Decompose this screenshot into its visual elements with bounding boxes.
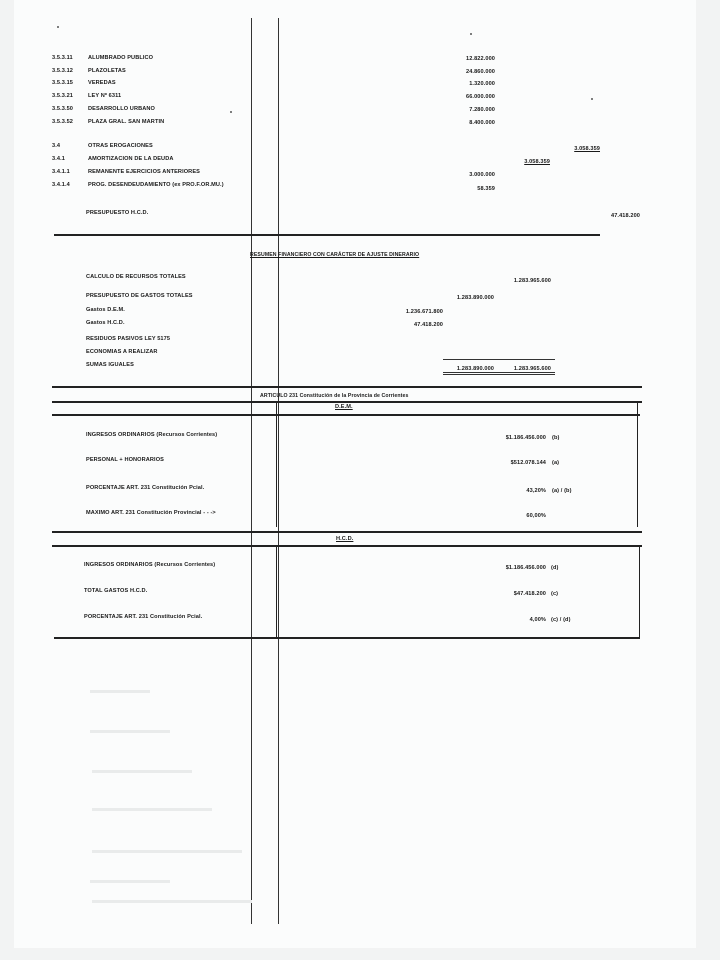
hcd-value: $1.186.456.000 xyxy=(480,565,546,571)
speck xyxy=(591,98,593,100)
dem-label: PORCENTAJE ART. 231 Constitución Pcial. xyxy=(86,485,204,491)
resumen-label: SUMAS IGUALES xyxy=(86,362,134,368)
resumen-label: ECONOMIAS A REALIZAR xyxy=(86,349,158,355)
item-code: 3.5.3.12 xyxy=(52,68,73,74)
speck xyxy=(470,33,472,35)
item-code: 3.5.3.50 xyxy=(52,106,73,112)
ghost-line xyxy=(92,900,252,903)
item-label: PLAZA GRAL. SAN MARTIN xyxy=(88,119,164,125)
vertical-rule-left xyxy=(251,18,252,924)
hcd-label: TOTAL GASTOS H.C.D. xyxy=(84,588,147,594)
resumen-col1: 47.418.200 xyxy=(395,322,443,328)
sum-line-top xyxy=(443,359,555,360)
item-label: REMANENTE EJERCICIOS ANTERIORES xyxy=(88,169,200,175)
speck xyxy=(230,111,232,113)
resumen-col2: 1.283.890.000 xyxy=(448,295,494,301)
item-code: 3.4.1 xyxy=(52,156,65,162)
item-amount: 8.400.000 xyxy=(450,120,495,126)
presupuesto-hcd-label: PRESUPUESTO H.C.D. xyxy=(86,210,148,216)
item-amount: 7.280.000 xyxy=(450,107,495,113)
item-amount: 3.000.000 xyxy=(465,172,495,178)
ghost-line xyxy=(90,880,170,883)
presupuesto-hcd-amount: 47.418.200 xyxy=(590,213,640,219)
hcd-box xyxy=(276,545,640,638)
sum-line-bottom-2 xyxy=(443,374,555,375)
dem-label: INGRESOS ORDINARIOS (Recursos Corrientes… xyxy=(86,432,217,438)
item-amount: 1.320.000 xyxy=(450,81,495,87)
item-label: PLAZOLETAS xyxy=(88,68,126,74)
dem-box xyxy=(276,401,638,527)
item-code: 3.4.1.4 xyxy=(52,182,70,188)
resumen-col2: 1.283.890.000 xyxy=(448,366,494,372)
hcd-note: (c) xyxy=(551,591,558,597)
hcd-label: INGRESOS ORDINARIOS (Recursos Corrientes… xyxy=(84,562,215,568)
item-label: AMORTIZACION DE LA DEUDA xyxy=(88,156,173,162)
hcd-label: PORCENTAJE ART. 231 Constitución Pcial. xyxy=(84,614,202,620)
dem-note: (a) xyxy=(552,460,559,466)
item-label: DESARROLLO URBANO xyxy=(88,106,155,112)
resumen-label: Gastos D.E.M. xyxy=(86,307,125,313)
item-amount: 58.359 xyxy=(465,186,495,192)
item-code: 3.5.3.11 xyxy=(52,55,73,61)
section-divider xyxy=(54,234,600,236)
item-code: 3.5.3.15 xyxy=(52,80,73,86)
hcd-title: H.C.D. xyxy=(336,536,353,542)
item-code: 3.5.3.21 xyxy=(52,93,73,99)
item-code: 3.4.1.1 xyxy=(52,169,70,175)
item-code: 3.4 xyxy=(52,143,60,149)
dem-note: (a) / (b) xyxy=(552,488,572,494)
ghost-line xyxy=(92,770,192,773)
item-amount: 66.000.000 xyxy=(450,94,495,100)
item-amount: 12.822.000 xyxy=(450,56,495,62)
ghost-line xyxy=(92,808,212,811)
articulo-bottom-rule xyxy=(54,637,640,639)
sum-line-bottom-1 xyxy=(443,372,555,373)
ghost-line xyxy=(90,690,150,693)
item-code: 3.5.3.52 xyxy=(52,119,73,125)
articulo-title: ARTICULO 231 Constitución de la Provinci… xyxy=(260,393,408,399)
dem-note: (b) xyxy=(552,435,559,441)
dem-value: 60,00% xyxy=(480,513,546,519)
hcd-note: (d) xyxy=(551,565,558,571)
hcd-note: (c) / (d) xyxy=(551,617,571,623)
dem-label: MAXIMO ART. 231 Constitución Provincial … xyxy=(86,510,216,516)
resumen-col3: 1.283.965.600 xyxy=(505,278,551,284)
item-label: LEY Nº 6311 xyxy=(88,93,121,99)
resumen-label: RESIDUOS PASIVOS LEY 5175 xyxy=(86,336,170,342)
resumen-col3: 1.283.965.600 xyxy=(505,366,551,372)
resumen-title: RESUMEN FINANCIERO CON CARÁCTER DE AJUST… xyxy=(250,252,419,258)
dem-value: $512.078.144 xyxy=(480,460,546,466)
resumen-label: Gastos H.C.D. xyxy=(86,320,125,326)
dem-title: D.E.M. xyxy=(335,404,353,410)
dem-header-rule xyxy=(52,414,640,416)
ghost-line xyxy=(90,730,170,733)
resumen-label: PRESUPUESTO DE GASTOS TOTALES xyxy=(86,293,193,299)
item-amount: 3.058.359 xyxy=(570,146,600,152)
resumen-col1: 1.236.671.800 xyxy=(395,309,443,315)
dem-value: $1.186.456.000 xyxy=(480,435,546,441)
item-amount: 3.058.359 xyxy=(520,159,550,165)
item-label: OTRAS EROGACIONES xyxy=(88,143,153,149)
item-label: VEREDAS xyxy=(88,80,116,86)
speck xyxy=(57,26,59,28)
hcd-value: $47.418.200 xyxy=(480,591,546,597)
item-label: PROG. DESENDEUDAMIENTO (ex PRO.F.OR.MU.) xyxy=(88,182,224,188)
resumen-label: CALCULO DE RECURSOS TOTALES xyxy=(86,274,186,280)
item-amount: 24.860.000 xyxy=(450,69,495,75)
dem-value: 43,20% xyxy=(480,488,546,494)
articulo-top-rule xyxy=(52,386,642,388)
hcd-top-rule xyxy=(52,531,642,533)
dem-label: PERSONAL + HONORARIOS xyxy=(86,457,164,463)
item-label: ALUMBRADO PUBLICO xyxy=(88,55,153,61)
ghost-line xyxy=(92,850,242,853)
hcd-value: 4,00% xyxy=(480,617,546,623)
